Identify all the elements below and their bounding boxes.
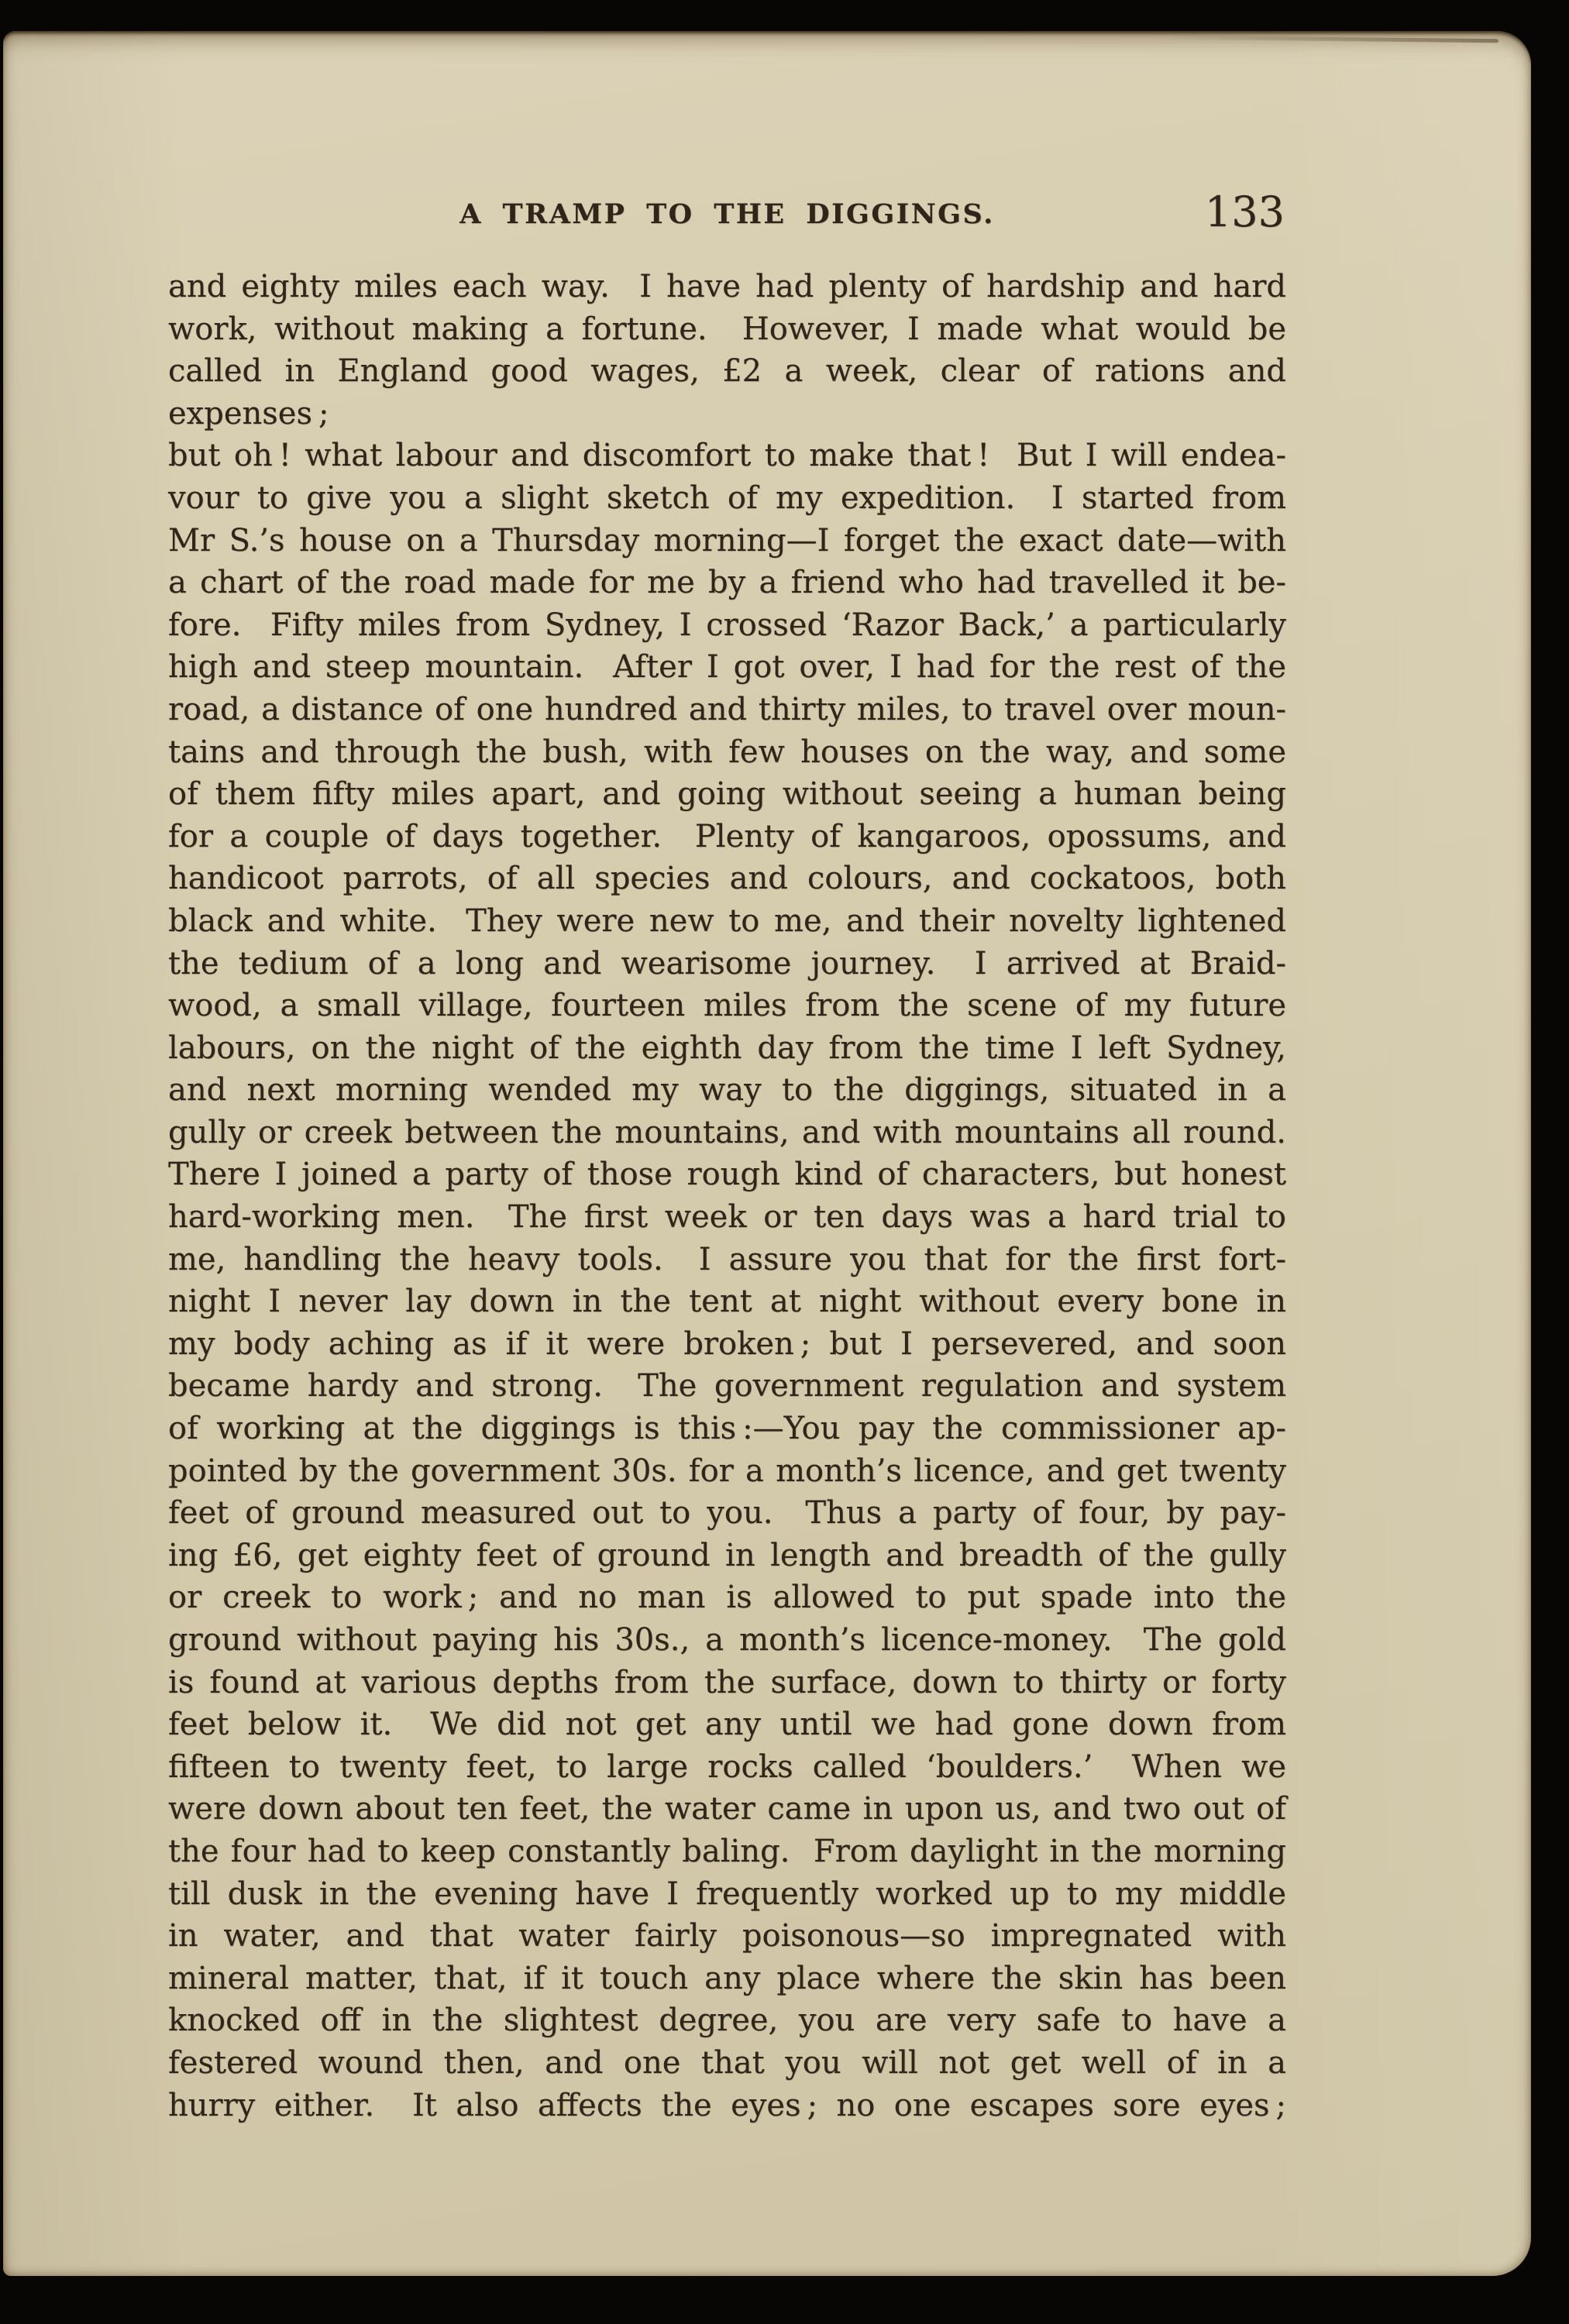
text-line: the tedium of a long and wearisome journ… <box>168 943 1286 985</box>
scan-background: { "colors": { "scan_background": "#07060… <box>0 0 1569 2324</box>
book-page: A TRAMP TO THE DIGGINGS. 133 and eighty … <box>3 31 1531 2276</box>
text-line: hurry either. It also affects the eyes ;… <box>168 2085 1286 2127</box>
text-line: work, without making a fortune. However,… <box>168 308 1286 351</box>
text-line: feet below it. We did not get any until … <box>168 1703 1286 1746</box>
text-line: fore. Fifty miles from Sydney, I crossed… <box>168 604 1286 647</box>
body-text: and eighty miles each way. I have had pl… <box>168 266 1286 2126</box>
text-line: high and steep mountain. After I got ove… <box>168 646 1286 689</box>
text-line: in water, and that water fairly poisonou… <box>168 1915 1286 1958</box>
text-line: for a couple of days together. Plenty of… <box>168 816 1286 858</box>
text-line: ground without paying his 30s., a month’… <box>168 1619 1286 1662</box>
text-line: There I joined a party of those rough ki… <box>168 1153 1286 1196</box>
text-line: called in England good wages, £2 a week,… <box>168 350 1286 435</box>
text-line: vour to give you a slight sketch of my e… <box>168 477 1286 520</box>
text-line: black and white. They were new to me, an… <box>168 900 1286 943</box>
text-line: pointed by the government 30s. for a mon… <box>168 1450 1286 1493</box>
text-line: road, a distance of one hundred and thir… <box>168 689 1286 731</box>
text-line: became hardy and strong. The government … <box>168 1365 1286 1408</box>
text-line: tains and through the bush, with few hou… <box>168 731 1286 774</box>
text-line: hard-working men. The first week or ten … <box>168 1196 1286 1239</box>
text-line: festered wound then, and one that you wi… <box>168 2042 1286 2085</box>
text-line: ing £6, get eighty feet of ground in len… <box>168 1535 1286 1577</box>
text-line: handicoot parrots, of all species and co… <box>168 858 1286 900</box>
text-line: is found at various depths from the surf… <box>168 1662 1286 1704</box>
running-head: A TRAMP TO THE DIGGINGS. 133 <box>168 184 1286 229</box>
page-edge-shadow <box>1165 36 1498 43</box>
page-title: A TRAMP TO THE DIGGINGS. <box>168 201 1286 228</box>
text-line: till dusk in the evening have I frequent… <box>168 1873 1286 1916</box>
text-line: labours, on the night of the eighth day … <box>168 1027 1286 1070</box>
text-line: gully or creek between the mountains, an… <box>168 1112 1286 1154</box>
text-line: or creek to work ; and no man is allowed… <box>168 1576 1286 1619</box>
text-line: the four had to keep constantly baling. … <box>168 1831 1286 1873</box>
text-line: feet of ground measured out to you. Thus… <box>168 1492 1286 1535</box>
text-line: of working at the diggings is this :—You… <box>168 1408 1286 1450</box>
text-line: fifteen to twenty feet, to large rocks c… <box>168 1746 1286 1789</box>
text-line: night I never lay down in the tent at ni… <box>168 1281 1286 1323</box>
text-line: and eighty miles each way. I have had pl… <box>168 266 1286 308</box>
text-line: my body aching as if it were broken ; bu… <box>168 1323 1286 1366</box>
page-number: 133 <box>1205 191 1285 233</box>
text-line: me, handling the heavy tools. I assure y… <box>168 1239 1286 1281</box>
text-line: Mr S.’s house on a Thursday morning—I fo… <box>168 520 1286 562</box>
text-line: a chart of the road made for me by a fri… <box>168 562 1286 604</box>
text-line: of them fifty miles apart, and going wit… <box>168 773 1286 816</box>
text-line: were down about ten feet, the water came… <box>168 1788 1286 1831</box>
text-line: wood, a small village, fourteen miles fr… <box>168 985 1286 1027</box>
text-line: knocked off in the slightest degree, you… <box>168 1999 1286 2042</box>
text-line: mineral matter, that, if it touch any pl… <box>168 1958 1286 2000</box>
text-line: but oh ! what labour and discomfort to m… <box>168 435 1286 477</box>
text-line: and next morning wended my way to the di… <box>168 1069 1286 1112</box>
